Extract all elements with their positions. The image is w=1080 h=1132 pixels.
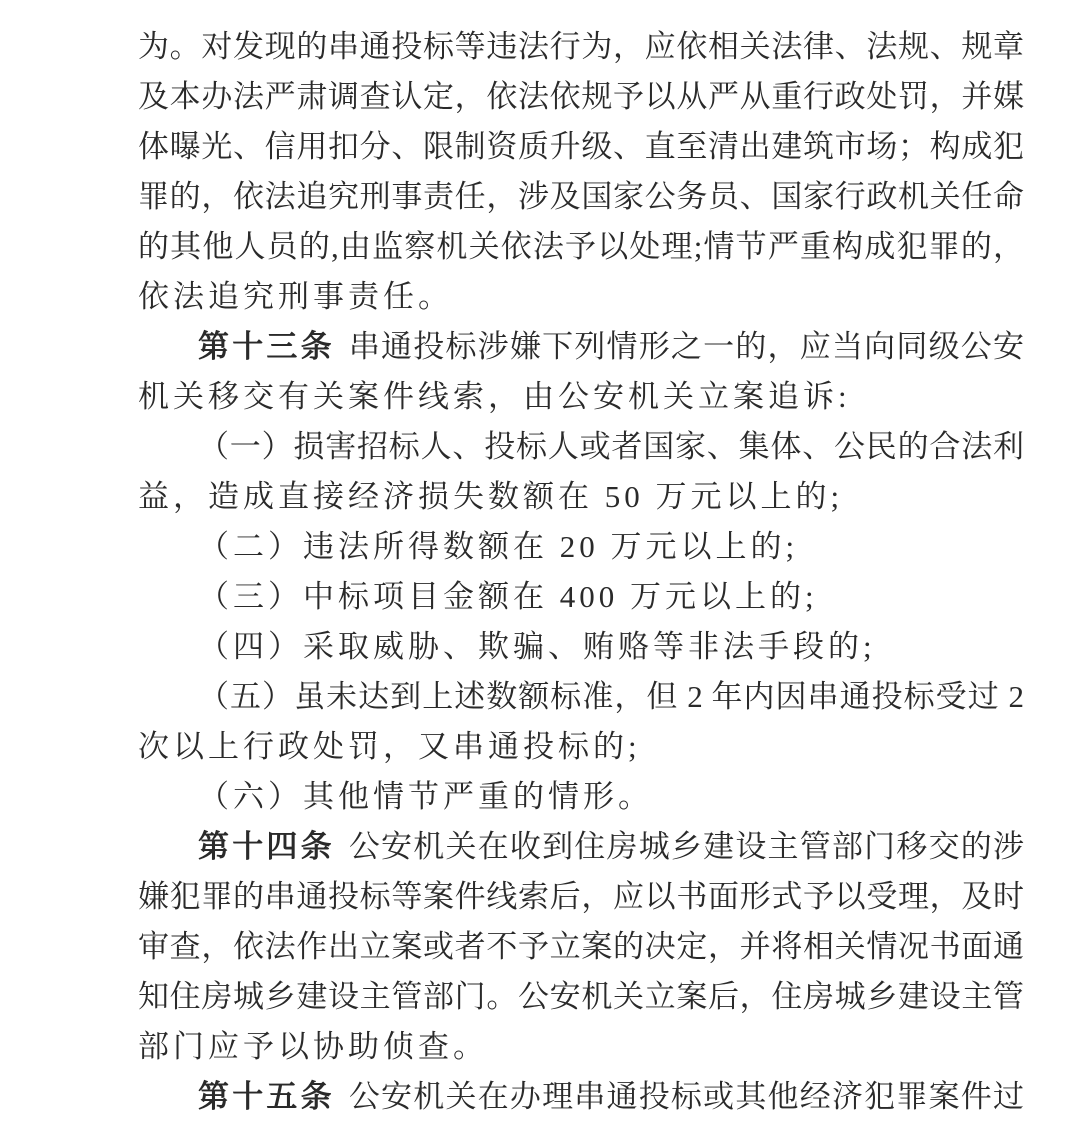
- document-page: 为。对发现的串通投标等违法行为，应依相关法律、法规、规章及本办法严肃调查认定，依…: [0, 0, 1080, 1132]
- text-line: 罪的，依法追究刑事责任，涉及国家公务员、国家行政机关任命: [138, 172, 1024, 222]
- line-text: 公安机关在办理串通投标或其他经济犯罪案件过: [349, 1079, 1024, 1114]
- text-line: （四）采取威胁、欺骗、贿赂等非法手段的;: [138, 622, 1024, 672]
- line-text: 及本办法严肃调查认定，依法依规予以从严从重行政处罚，并媒: [138, 79, 1024, 114]
- text-line: （六）其他情节严重的情形。: [138, 772, 1024, 822]
- text-line: （三）中标项目金额在 400 万元以上的;: [138, 572, 1024, 622]
- line-text: （四）采取威胁、欺骗、贿赂等非法手段的;: [198, 629, 876, 664]
- line-text: 机关移交有关案件线索，由公安机关立案追诉:: [138, 379, 851, 414]
- text-line: 次以上行政处罚，又串通投标的;: [138, 722, 1024, 772]
- article-number: 第十四条: [198, 829, 335, 864]
- text-line: 益，造成直接经济损失数额在 50 万元以上的;: [138, 472, 1024, 522]
- line-text: 益，造成直接经济损失数额在 50 万元以上的;: [138, 479, 843, 514]
- line-text: 嫌犯罪的串通投标等案件线索后，应以书面形式予以受理，及时: [138, 879, 1024, 914]
- line-text: 罪的，依法追究刑事责任，涉及国家公务员、国家行政机关任命: [138, 179, 1024, 214]
- text-line: 知住房城乡建设主管部门。公安机关立案后，住房城乡建设主管: [138, 972, 1024, 1022]
- text-line: 体曝光、信用扣分、限制资质升级、直至清出建筑市场；构成犯: [138, 122, 1024, 172]
- text-line: 第十三条串通投标涉嫌下列情形之一的，应当向同级公安: [138, 322, 1024, 372]
- text-line: （一）损害招标人、投标人或者国家、集体、公民的合法利: [138, 422, 1024, 472]
- line-text: 体曝光、信用扣分、限制资质升级、直至清出建筑市场；构成犯: [138, 129, 1024, 164]
- line-text: 依法追究刑事责任。: [138, 279, 453, 314]
- line-text: （六）其他情节严重的情形。: [198, 779, 653, 814]
- line-text: （二）违法所得数额在 20 万元以上的;: [198, 529, 798, 564]
- text-line: 第十四条公安机关在收到住房城乡建设主管部门移交的涉: [138, 822, 1024, 872]
- text-line: 依法追究刑事责任。: [138, 272, 1024, 322]
- line-text: （一）损害招标人、投标人或者国家、集体、公民的合法利: [198, 429, 1024, 464]
- text-line: （二）违法所得数额在 20 万元以上的;: [138, 522, 1024, 572]
- line-text: 的其他人员的,由监察机关依法予以处理;情节严重构成犯罪的，: [138, 229, 1024, 264]
- text-line: 为。对发现的串通投标等违法行为，应依相关法律、法规、规章: [138, 22, 1024, 72]
- line-text: 次以上行政处罚，又串通投标的;: [138, 729, 641, 764]
- document-body: 为。对发现的串通投标等违法行为，应依相关法律、法规、规章及本办法严肃调查认定，依…: [138, 22, 1024, 1122]
- line-text: （三）中标项目金额在 400 万元以上的;: [198, 579, 818, 614]
- text-line: 部门应予以协助侦查。: [138, 1022, 1024, 1072]
- text-line: 及本办法严肃调查认定，依法依规予以从严从重行政处罚，并媒: [138, 72, 1024, 122]
- text-line: 审查，依法作出立案或者不予立案的决定，并将相关情况书面通: [138, 922, 1024, 972]
- line-text: （五）虽未达到上述数额标准，但 2 年内因串通投标受过 2: [198, 679, 1024, 714]
- article-number: 第十三条: [198, 329, 335, 364]
- text-line: 第十五条公安机关在办理串通投标或其他经济犯罪案件过: [138, 1072, 1024, 1122]
- text-line: （五）虽未达到上述数额标准，但 2 年内因串通投标受过 2: [138, 672, 1024, 722]
- line-text: 公安机关在收到住房城乡建设主管部门移交的涉: [349, 829, 1024, 864]
- text-line: 的其他人员的,由监察机关依法予以处理;情节严重构成犯罪的，: [138, 222, 1024, 272]
- line-text: 知住房城乡建设主管部门。公安机关立案后，住房城乡建设主管: [138, 979, 1024, 1014]
- text-line: 机关移交有关案件线索，由公安机关立案追诉:: [138, 372, 1024, 422]
- text-line: 嫌犯罪的串通投标等案件线索后，应以书面形式予以受理，及时: [138, 872, 1024, 922]
- line-text: 部门应予以协助侦查。: [138, 1029, 488, 1064]
- line-text: 审查，依法作出立案或者不予立案的决定，并将相关情况书面通: [138, 929, 1024, 964]
- line-text: 串通投标涉嫌下列情形之一的，应当向同级公安: [349, 329, 1024, 364]
- line-text: 为。对发现的串通投标等违法行为，应依相关法律、法规、规章: [138, 29, 1024, 64]
- article-number: 第十五条: [198, 1079, 335, 1114]
